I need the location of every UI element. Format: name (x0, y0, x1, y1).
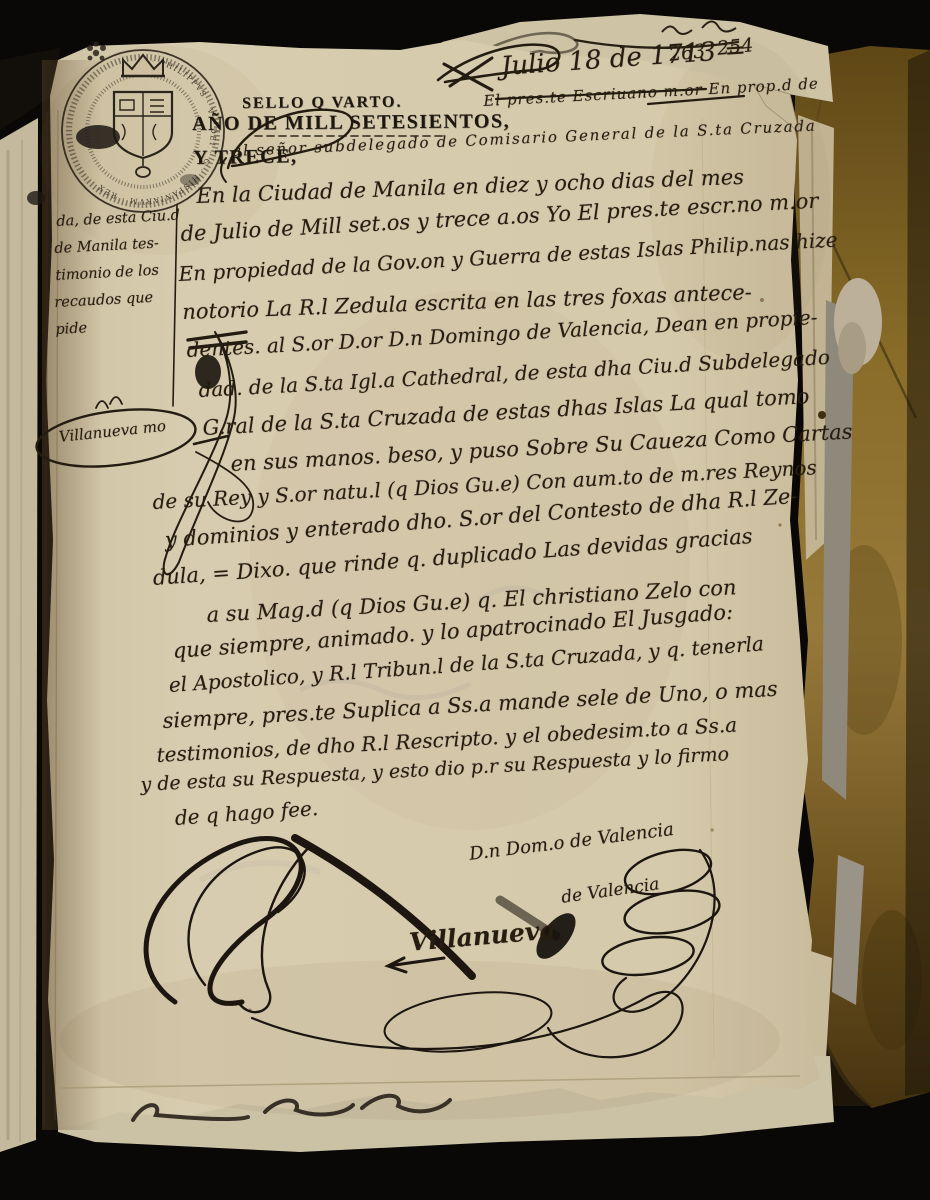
margin-note-line: pide (55, 320, 88, 338)
manuscript-photo: · PHILIPPVS · V · DEI · G · HISPANIARVM … (0, 0, 930, 1200)
folio-number-1: 263 (668, 40, 706, 66)
folio-number-2: 254 (716, 34, 754, 60)
printed-sello-line: SELLO Q VARTO. (242, 94, 403, 113)
